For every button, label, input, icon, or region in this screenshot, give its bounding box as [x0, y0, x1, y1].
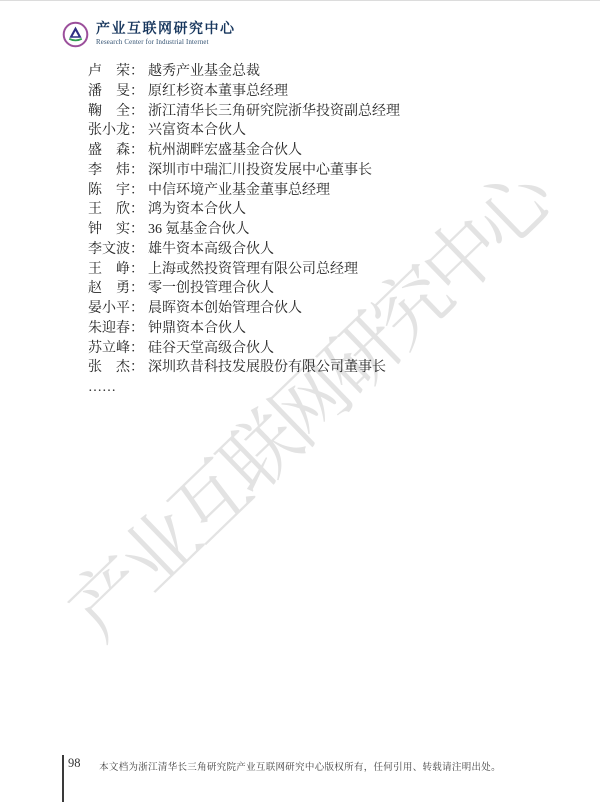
- list-item: 盛 森：杭州湖畔宏盛基金合伙人: [88, 141, 400, 161]
- document-page: 产业互联网研究中心 产业互联网研究中心 Research Center for …: [0, 0, 600, 808]
- person-name: 赵 勇: [88, 279, 130, 299]
- colon-separator: ：: [130, 360, 144, 375]
- colon-separator: ：: [130, 341, 144, 356]
- colon-separator: ：: [130, 281, 144, 296]
- colon-separator: ：: [130, 84, 144, 99]
- colon-separator: ：: [130, 301, 144, 316]
- person-name: 苏立峰: [88, 339, 130, 359]
- person-title: 硅谷天堂高级合伙人: [148, 341, 274, 356]
- colon-separator: ：: [130, 64, 144, 79]
- person-title: 钟鼎资本合伙人: [148, 321, 246, 336]
- list-item: 陈 宇：中信环境产业基金董事总经理: [88, 181, 400, 201]
- list-item: 王 欣：鸿为资本合伙人: [88, 200, 400, 220]
- person-title: 上海或然投资管理有限公司总经理: [148, 262, 358, 277]
- person-name: 王 峥: [88, 260, 130, 280]
- person-title: 36 氪基金合伙人: [148, 222, 250, 237]
- person-title: 深圳玖昔科技发展股份有限公司董事长: [148, 360, 386, 375]
- person-title: 晨晖资本创始管理合伙人: [148, 301, 302, 316]
- person-name: 陈 宇: [88, 181, 130, 201]
- colon-separator: ：: [130, 222, 144, 237]
- list-item: 王 峥：上海或然投资管理有限公司总经理: [88, 260, 400, 280]
- person-name: 王 欣: [88, 200, 130, 220]
- person-title: 兴富资本合伙人: [148, 123, 246, 138]
- list-item: 苏立峰：硅谷天堂高级合伙人: [88, 339, 400, 359]
- person-name: 盛 森: [88, 141, 130, 161]
- colon-separator: ：: [130, 143, 144, 158]
- person-title: 杭州湖畔宏盛基金合伙人: [148, 143, 302, 158]
- person-name: 潘 旻: [88, 82, 130, 102]
- logo-title: 产业互联网研究中心: [96, 22, 236, 38]
- person-name: 李 炜: [88, 161, 130, 181]
- person-title: 原红杉资本董事总经理: [148, 84, 288, 99]
- person-title: 浙江清华长三角研究院浙华投资副总经理: [148, 104, 400, 119]
- person-name: 晏小平: [88, 299, 130, 319]
- colon-separator: ：: [130, 163, 144, 178]
- person-title: 雄牛资本高级合伙人: [148, 242, 274, 257]
- roster-list: 卢 荣：越秀产业基金总裁潘 旻：原红杉资本董事总经理鞠 全：浙江清华长三角研究院…: [88, 62, 400, 398]
- person-name: 朱迎春: [88, 319, 130, 339]
- colon-separator: ：: [130, 321, 144, 336]
- list-item: 晏小平：晨晖资本创始管理合伙人: [88, 299, 400, 319]
- list-item: 鞠 全：浙江清华长三角研究院浙华投资副总经理: [88, 102, 400, 122]
- list-item: 潘 旻：原红杉资本董事总经理: [88, 82, 400, 102]
- person-name: 鞠 全: [88, 102, 130, 122]
- list-ellipsis: ……: [88, 378, 400, 398]
- research-center-logo-icon: [62, 21, 89, 48]
- list-item: 张 杰：深圳玖昔科技发展股份有限公司董事长: [88, 358, 400, 378]
- colon-separator: ：: [130, 242, 144, 257]
- roster-rows: 卢 荣：越秀产业基金总裁潘 旻：原红杉资本董事总经理鞠 全：浙江清华长三角研究院…: [88, 62, 400, 378]
- list-item: 李 炜：深圳市中瑞汇川投资发展中心董事长: [88, 161, 400, 181]
- person-name: 张小龙: [88, 121, 130, 141]
- person-title: 越秀产业基金总裁: [148, 64, 260, 79]
- colon-separator: ：: [130, 183, 144, 198]
- person-name: 张 杰: [88, 358, 130, 378]
- logo-text: 产业互联网研究中心 Research Center for Industrial…: [96, 22, 236, 47]
- list-item: 李文波：雄牛资本高级合伙人: [88, 240, 400, 260]
- header: 产业互联网研究中心 Research Center for Industrial…: [62, 21, 236, 48]
- list-item: 朱迎春：钟鼎资本合伙人: [88, 319, 400, 339]
- person-name: 李文波: [88, 240, 130, 260]
- person-name: 卢 荣: [88, 62, 130, 82]
- footer-copyright: 本文档为浙江清华长三角研究院产业互联网研究中心版权所有，任何引用、转载请注明出处…: [0, 759, 600, 773]
- person-name: 钟 实: [88, 220, 130, 240]
- colon-separator: ：: [130, 262, 144, 277]
- list-item: 张小龙：兴富资本合伙人: [88, 121, 400, 141]
- person-title: 零一创投管理合伙人: [148, 281, 274, 296]
- list-item: 钟 实：36 氪基金合伙人: [88, 220, 400, 240]
- colon-separator: ：: [130, 123, 144, 138]
- colon-separator: ：: [130, 202, 144, 217]
- list-item: 卢 荣：越秀产业基金总裁: [88, 62, 400, 82]
- colon-separator: ：: [130, 104, 144, 119]
- person-title: 鸿为资本合伙人: [148, 202, 246, 217]
- person-title: 中信环境产业基金董事总经理: [148, 183, 330, 198]
- list-item: 赵 勇：零一创投管理合伙人: [88, 279, 400, 299]
- logo-subtitle: Research Center for Industrial Internet: [96, 38, 236, 47]
- person-title: 深圳市中瑞汇川投资发展中心董事长: [148, 163, 372, 178]
